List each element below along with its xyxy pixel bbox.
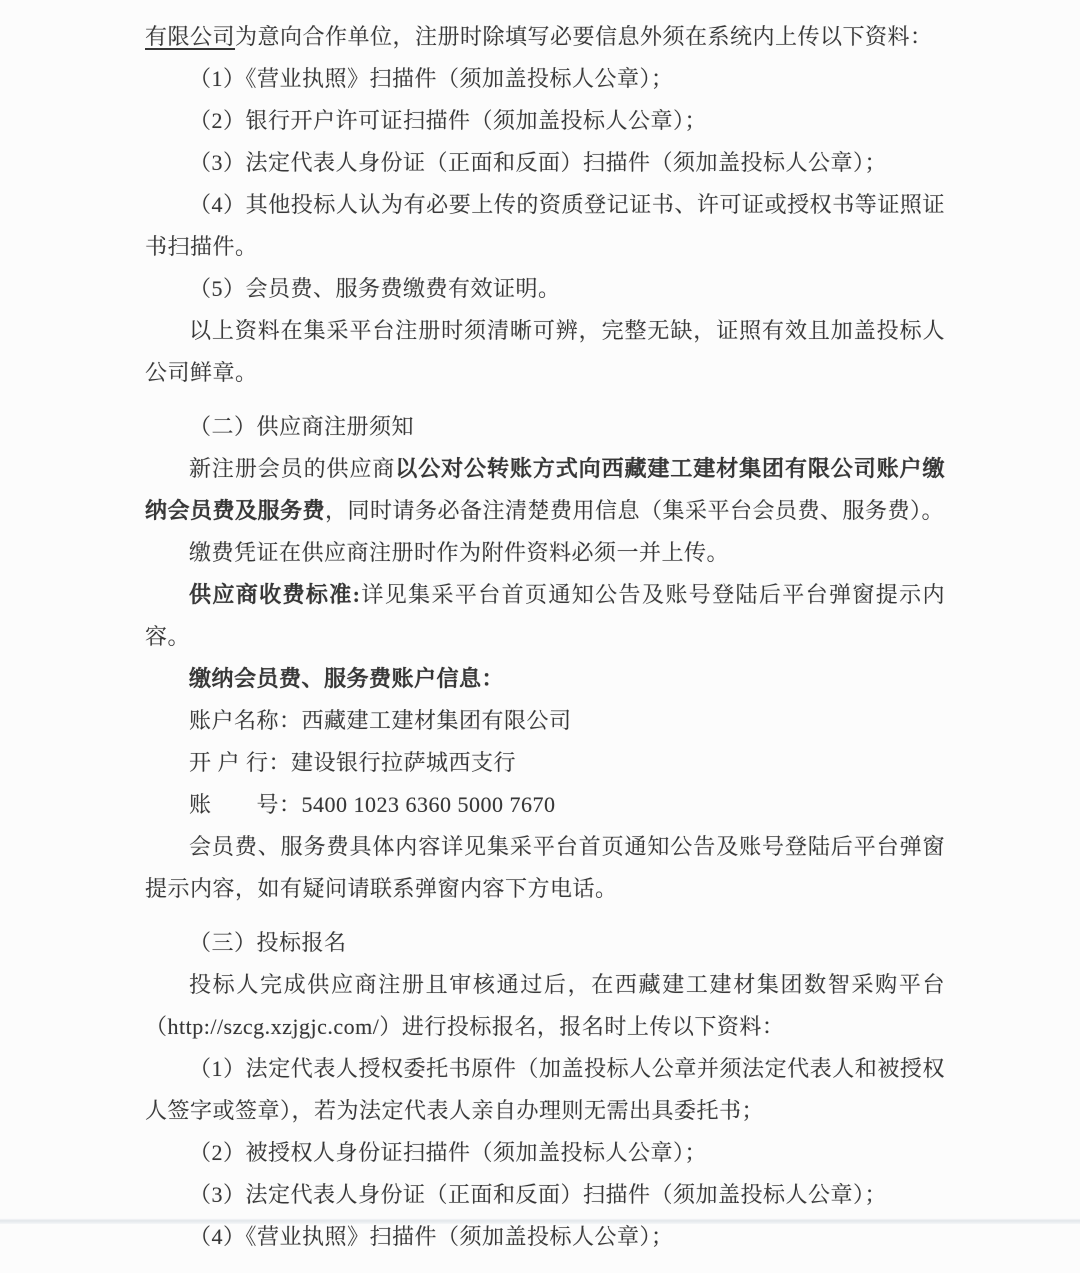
paragraph: （2）银行开户许可证扫描件（须加盖投标人公章）； (145, 100, 945, 142)
text-segment: （3）法定代表人身份证（正面和反面）扫描件（须加盖投标人公章）； (189, 1182, 887, 1207)
paragraph: 缴纳会员费、服务费账户信息： (145, 658, 945, 700)
paragraph: 账户名称：西藏建工建材集团有限公司 (145, 700, 945, 742)
paragraph: （1）法定代表人授权委托书原件（加盖投标人公章并须法定代表人和被授权人签字或签章… (145, 1048, 945, 1132)
text-segment: 账 号：5400 1023 6360 5000 7670 (189, 792, 556, 817)
paragraph: 以上资料在集采平台注册时须清晰可辨，完整无缺，证照有效且加盖投标人公司鲜章。 (145, 310, 945, 394)
paragraph: 有限公司为意向合作单位，注册时除填写必要信息外须在系统内上传以下资料： (145, 16, 945, 58)
text-segment: （4）其他投标人认为有必要上传的资质登记证书、许可证或授权书等证照证书扫描件。 (145, 192, 945, 259)
text-segment: 进行投标报名，报名时上传以下资料： (402, 1014, 785, 1039)
document-content: 有限公司为意向合作单位，注册时除填写必要信息外须在系统内上传以下资料：（1）《营… (145, 16, 945, 1258)
text-segment: 新注册会员的供应商 (189, 456, 395, 481)
text-segment: 有限公司 (145, 24, 235, 49)
paragraph: （4）《营业执照》扫描件（须加盖投标人公章）； (145, 1216, 945, 1258)
text-segment: 账户名称：西藏建工建材集团有限公司 (189, 708, 572, 733)
text-segment: 供应商收费标准: (189, 582, 361, 607)
text-segment: （http://szcg.xzjgjc.com/） (145, 1014, 402, 1039)
text-segment: （三）投标报名 (189, 930, 347, 955)
paragraph: 会员费、服务费具体内容详见集采平台首页通知公告及账号登陆后平台弹窗提示内容，如有… (145, 826, 945, 910)
text-segment: 缴纳会员费、服务费账户信息： (189, 666, 504, 691)
section-heading: （二）供应商注册须知 (145, 406, 945, 448)
text-segment: 投标人完成供应商注册且审核通过后，在西藏建工建材集团数智采购平台 (189, 972, 945, 997)
text-segment: （2）银行开户许可证扫描件（须加盖投标人公章）； (189, 108, 707, 133)
document-page: 有限公司为意向合作单位，注册时除填写必要信息外须在系统内上传以下资料：（1）《营… (0, 0, 1080, 1273)
paragraph: 供应商收费标准:详见集采平台首页通知公告及账号登陆后平台弹窗提示内容。 (145, 574, 945, 658)
text-segment: （3）法定代表人身份证（正面和反面）扫描件（须加盖投标人公章）； (189, 150, 887, 175)
text-segment: （4）《营业执照》扫描件（须加盖投标人公章）； (189, 1224, 674, 1249)
text-segment: 为意向合作单位，注册时除填写必要信息外须在系统内上传以下资料： (235, 24, 933, 49)
paragraph: 开 户 行：建设银行拉萨城西支行 (145, 742, 945, 784)
paragraph: （5）会员费、服务费缴费有效证明。 (145, 268, 945, 310)
paragraph: （1）《营业执照》扫描件（须加盖投标人公章）； (145, 58, 945, 100)
text-segment: （1）法定代表人授权委托书原件（加盖投标人公章并须法定代表人和被授权人签字或签章… (145, 1056, 945, 1123)
section-heading: （三）投标报名 (145, 922, 945, 964)
paragraph: 投标人完成供应商注册且审核通过后，在西藏建工建材集团数智采购平台（http://… (145, 964, 945, 1048)
text-segment: 以上资料在集采平台注册时须清晰可辨，完整无缺，证照有效且加盖投标人公司鲜章。 (145, 318, 945, 385)
paragraph: 新注册会员的供应商以公对公转账方式向西藏建工建材集团有限公司账户缴纳会员费及服务… (145, 448, 945, 532)
paragraph: （3）法定代表人身份证（正面和反面）扫描件（须加盖投标人公章）； (145, 1174, 945, 1216)
text-segment: 缴费凭证在供应商注册时作为附件资料必须一并上传。 (189, 540, 729, 565)
text-segment: （2）被授权人身份证扫描件（须加盖投标人公章）； (189, 1140, 707, 1165)
text-segment: （5）会员费、服务费缴费有效证明。 (189, 276, 561, 301)
paragraph: （4）其他投标人认为有必要上传的资质登记证书、许可证或授权书等证照证书扫描件。 (145, 184, 945, 268)
text-segment: 会员费、服务费具体内容详见集采平台首页通知公告及账号登陆后平台弹窗提示内容，如有… (145, 834, 945, 901)
text-segment: ，同时请务必备注清楚费用信息（集采平台会员费、服务费）。 (325, 498, 944, 523)
text-segment: 开 户 行：建设银行拉萨城西支行 (189, 750, 516, 775)
paragraph: （2）被授权人身份证扫描件（须加盖投标人公章）； (145, 1132, 945, 1174)
paragraph: 缴费凭证在供应商注册时作为附件资料必须一并上传。 (145, 532, 945, 574)
text-segment: （1）《营业执照》扫描件（须加盖投标人公章）； (189, 66, 674, 91)
text-segment: （二）供应商注册须知 (189, 414, 414, 439)
paragraph: 账 号：5400 1023 6360 5000 7670 (145, 784, 945, 826)
paragraph: （3）法定代表人身份证（正面和反面）扫描件（须加盖投标人公章）； (145, 142, 945, 184)
